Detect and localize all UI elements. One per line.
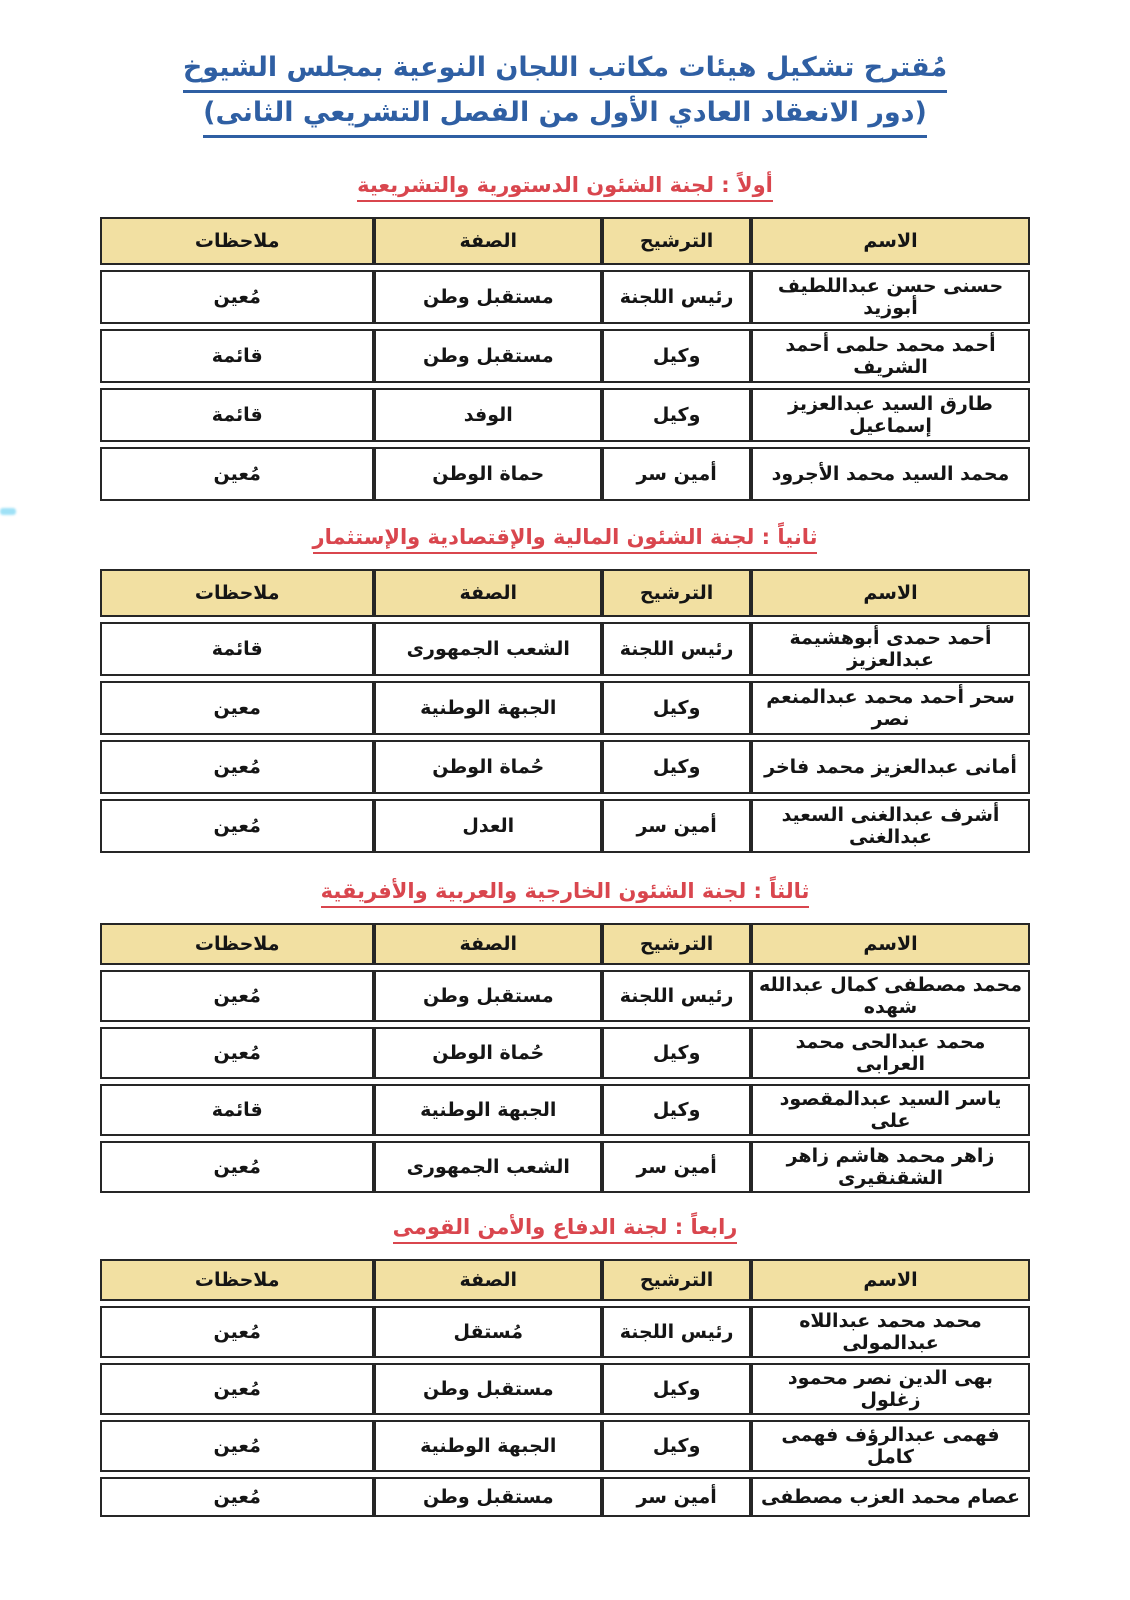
column-header-notes: ملاحظات [100, 923, 374, 965]
nomination-cell: أمين سر [602, 447, 751, 501]
notes-cell: قائمة [100, 622, 374, 676]
notes-cell: مُعين [100, 970, 374, 1022]
notes-cell: قائمة [100, 388, 374, 442]
column-header-notes: ملاحظات [100, 569, 374, 617]
party-cell: مُستقل [374, 1306, 602, 1358]
party-cell: مستقبل وطن [374, 270, 602, 324]
section-heading-text: رابعاً : لجنة الدفاع والأمن القومى [393, 1215, 738, 1244]
column-header-party: الصفة [374, 923, 602, 965]
notes-cell: مُعين [100, 1477, 374, 1517]
table-header-row: الاسم الترشيح الصفة ملاحظات [100, 1259, 1030, 1301]
scan-artifact [0, 508, 16, 515]
nomination-cell: وكيل [602, 329, 751, 383]
table-row: فهمى عبدالرؤف فهمى كاملوكيلالجبهة الوطني… [100, 1420, 1030, 1472]
member-name-cell: أحمد محمد حلمى أحمد الشريف [751, 329, 1030, 383]
table-header-row: الاسم الترشيح الصفة ملاحظات [100, 923, 1030, 965]
column-header-name: الاسم [751, 923, 1030, 965]
section-heading: ثالثاً : لجنة الشئون الخارجية والعربية و… [100, 876, 1030, 908]
document-title-text-2: (دور الانعقاد العادي الأول من الفصل التش… [203, 93, 927, 138]
section-financial-committee: ثانياً : لجنة الشئون المالية والإقتصادية… [100, 522, 1030, 858]
table-row: أشرف عبدالغنى السعيد عبدالغنىأمين سرالعد… [100, 799, 1030, 853]
table-row: أمانى عبدالعزيز محمد فاخروكيلحُماة الوطن… [100, 740, 1030, 794]
table-header-row: الاسم الترشيح الصفة ملاحظات [100, 569, 1030, 617]
column-header-nomination: الترشيح [602, 217, 751, 265]
party-cell: الشعب الجمهورى [374, 622, 602, 676]
section-heading-text: أولاً : لجنة الشئون الدستورية والتشريعية [357, 173, 773, 202]
committee-table: الاسم الترشيح الصفة ملاحظات أحمد حمدى أب… [100, 564, 1030, 858]
section-heading: ثانياً : لجنة الشئون المالية والإقتصادية… [100, 522, 1030, 554]
party-cell: الجبهة الوطنية [374, 1420, 602, 1472]
notes-cell: مُعين [100, 1363, 374, 1415]
column-header-nomination: الترشيح [602, 569, 751, 617]
section-heading: رابعاً : لجنة الدفاع والأمن القومى [100, 1212, 1030, 1244]
member-name-cell: طارق السيد عبدالعزيز إسماعيل [751, 388, 1030, 442]
scanned-document-page: { "document": { "title_line1": "مُقترح ت… [0, 0, 1130, 1600]
nomination-cell: رئيس اللجنة [602, 270, 751, 324]
committee-table: الاسم الترشيح الصفة ملاحظات محمد محمد عب… [100, 1254, 1030, 1522]
member-name-cell: فهمى عبدالرؤف فهمى كامل [751, 1420, 1030, 1472]
party-cell: الجبهة الوطنية [374, 1084, 602, 1136]
committee-table: الاسم الترشيح الصفة ملاحظات محمد مصطفى ك… [100, 918, 1030, 1198]
member-name-cell: محمد السيد محمد الأجرود [751, 447, 1030, 501]
notes-cell: مُعين [100, 799, 374, 853]
section-foreign-affairs-committee: ثالثاً : لجنة الشئون الخارجية والعربية و… [100, 876, 1030, 1198]
table-row: ياسر السيد عبدالمقصود علىوكيلالجبهة الوط… [100, 1084, 1030, 1136]
member-name-cell: محمد مصطفى كمال عبدالله شهده [751, 970, 1030, 1022]
column-header-notes: ملاحظات [100, 217, 374, 265]
column-header-notes: ملاحظات [100, 1259, 374, 1301]
table-row: عصام محمد العزب مصطفىأمين سرمستقبل وطنمُ… [100, 1477, 1030, 1517]
nomination-cell: وكيل [602, 681, 751, 735]
nomination-cell: رئيس اللجنة [602, 622, 751, 676]
notes-cell: مُعين [100, 1306, 374, 1358]
member-name-cell: حسنى حسن عبداللطيف أبوزيد [751, 270, 1030, 324]
notes-cell: مُعين [100, 1420, 374, 1472]
table-row: بهى الدين نصر محمود زغلولوكيلمستقبل وطنم… [100, 1363, 1030, 1415]
section-defense-committee: رابعاً : لجنة الدفاع والأمن القومى الاسم… [100, 1212, 1030, 1522]
notes-cell: مُعين [100, 270, 374, 324]
notes-cell: معين [100, 681, 374, 735]
table-row: محمد عبدالحى محمد العرابىوكيلحُماة الوطن… [100, 1027, 1030, 1079]
document-title-line-2: (دور الانعقاد العادي الأول من الفصل التش… [100, 93, 1030, 138]
nomination-cell: أمين سر [602, 1141, 751, 1193]
committee-table: الاسم الترشيح الصفة ملاحظات حسنى حسن عبد… [100, 212, 1030, 506]
party-cell: العدل [374, 799, 602, 853]
document-title-text-1: مُقترح تشكيل هيئات مكاتب اللجان النوعية … [183, 48, 947, 93]
party-cell: الوفد [374, 388, 602, 442]
table-row: زاهر محمد هاشم زاهر الشقنقيرىأمين سرالشع… [100, 1141, 1030, 1193]
member-name-cell: زاهر محمد هاشم زاهر الشقنقيرى [751, 1141, 1030, 1193]
notes-cell: مُعين [100, 1027, 374, 1079]
nomination-cell: وكيل [602, 740, 751, 794]
column-header-nomination: الترشيح [602, 1259, 751, 1301]
nomination-cell: أمين سر [602, 799, 751, 853]
member-name-cell: ياسر السيد عبدالمقصود على [751, 1084, 1030, 1136]
member-name-cell: سحر أحمد محمد عبدالمنعم نصر [751, 681, 1030, 735]
party-cell: حُماة الوطن [374, 740, 602, 794]
table-row: أحمد حمدى أبوهشيمة عبدالعزيزرئيس اللجنةا… [100, 622, 1030, 676]
nomination-cell: وكيل [602, 388, 751, 442]
table-row: حسنى حسن عبداللطيف أبوزيدرئيس اللجنةمستق… [100, 270, 1030, 324]
nomination-cell: رئيس اللجنة [602, 970, 751, 1022]
table-row: طارق السيد عبدالعزيز إسماعيلوكيلالوفدقائ… [100, 388, 1030, 442]
party-cell: مستقبل وطن [374, 329, 602, 383]
nomination-cell: وكيل [602, 1420, 751, 1472]
section-heading-text: ثالثاً : لجنة الشئون الخارجية والعربية و… [321, 879, 810, 908]
notes-cell: قائمة [100, 1084, 374, 1136]
table-header-row: الاسم الترشيح الصفة ملاحظات [100, 217, 1030, 265]
column-header-name: الاسم [751, 569, 1030, 617]
member-name-cell: أشرف عبدالغنى السعيد عبدالغنى [751, 799, 1030, 853]
table-row: محمد السيد محمد الأجرودأمين سرحماة الوطن… [100, 447, 1030, 501]
party-cell: الجبهة الوطنية [374, 681, 602, 735]
table-row: سحر أحمد محمد عبدالمنعم نصروكيلالجبهة ال… [100, 681, 1030, 735]
notes-cell: قائمة [100, 329, 374, 383]
notes-cell: مُعين [100, 740, 374, 794]
section-heading-text: ثانياً : لجنة الشئون المالية والإقتصادية… [313, 525, 818, 554]
table-row: محمد مصطفى كمال عبدالله شهدهرئيس اللجنةم… [100, 970, 1030, 1022]
table-row: أحمد محمد حلمى أحمد الشريفوكيلمستقبل وطن… [100, 329, 1030, 383]
party-cell: حُماة الوطن [374, 1027, 602, 1079]
party-cell: مستقبل وطن [374, 1477, 602, 1517]
column-header-party: الصفة [374, 217, 602, 265]
party-cell: حماة الوطن [374, 447, 602, 501]
section-constitutional-committee: أولاً : لجنة الشئون الدستورية والتشريعية… [100, 170, 1030, 506]
member-name-cell: عصام محمد العزب مصطفى [751, 1477, 1030, 1517]
nomination-cell: وكيل [602, 1027, 751, 1079]
column-header-name: الاسم [751, 1259, 1030, 1301]
document-title-line-1: مُقترح تشكيل هيئات مكاتب اللجان النوعية … [100, 48, 1030, 93]
notes-cell: مُعين [100, 1141, 374, 1193]
column-header-party: الصفة [374, 1259, 602, 1301]
member-name-cell: أحمد حمدى أبوهشيمة عبدالعزيز [751, 622, 1030, 676]
member-name-cell: بهى الدين نصر محمود زغلول [751, 1363, 1030, 1415]
nomination-cell: رئيس اللجنة [602, 1306, 751, 1358]
party-cell: الشعب الجمهورى [374, 1141, 602, 1193]
document-body: مُقترح تشكيل هيئات مكاتب اللجان النوعية … [100, 0, 1030, 1522]
member-name-cell: محمد عبدالحى محمد العرابى [751, 1027, 1030, 1079]
member-name-cell: محمد محمد عبداللاه عبدالمولى [751, 1306, 1030, 1358]
column-header-name: الاسم [751, 217, 1030, 265]
nomination-cell: أمين سر [602, 1477, 751, 1517]
nomination-cell: وكيل [602, 1363, 751, 1415]
party-cell: مستقبل وطن [374, 970, 602, 1022]
document-header: مُقترح تشكيل هيئات مكاتب اللجان النوعية … [100, 48, 1030, 138]
notes-cell: مُعين [100, 447, 374, 501]
section-heading: أولاً : لجنة الشئون الدستورية والتشريعية [100, 170, 1030, 202]
member-name-cell: أمانى عبدالعزيز محمد فاخر [751, 740, 1030, 794]
column-header-nomination: الترشيح [602, 923, 751, 965]
column-header-party: الصفة [374, 569, 602, 617]
table-row: محمد محمد عبداللاه عبدالمولىرئيس اللجنةم… [100, 1306, 1030, 1358]
nomination-cell: وكيل [602, 1084, 751, 1136]
party-cell: مستقبل وطن [374, 1363, 602, 1415]
